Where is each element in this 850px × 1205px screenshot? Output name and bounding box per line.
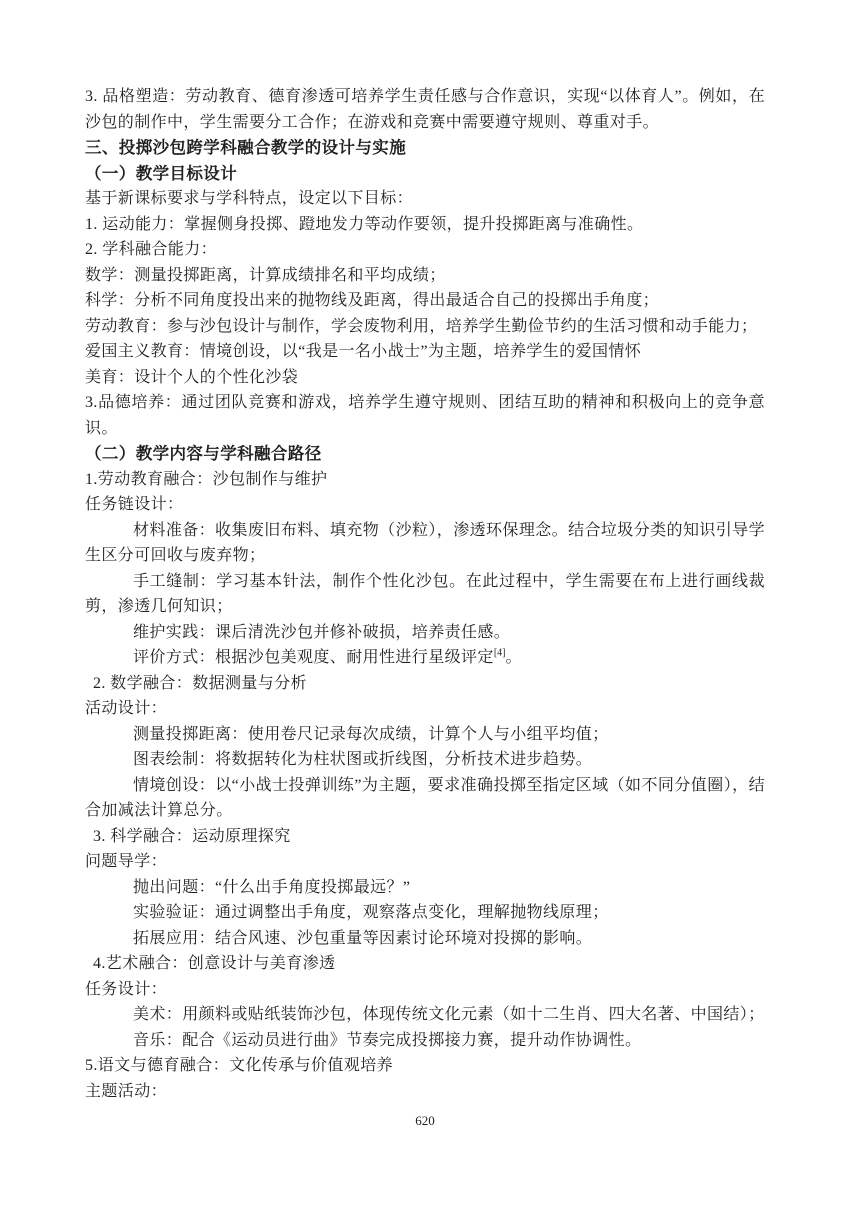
paragraph: 评价方式：根据沙包美观度、耐用性进行星级评定[4]。 (85, 645, 765, 671)
paragraph: 美术：用颜料或贴纸装饰沙包，体现传统文化元素（如十二生肖、四大名著、中国结）； (85, 1002, 765, 1028)
paragraph: 美育：设计个人的个性化沙袋 (85, 365, 765, 391)
paragraph: 测量投掷距离：使用卷尺记录每次成绩，计算个人与小组平均值； (85, 722, 765, 748)
paragraph: 主题活动： (85, 1079, 765, 1105)
paragraph: 问题导学： (85, 849, 765, 875)
paragraph: 科学：分析不同角度投出来的抛物线及距离，得出最适合自己的投掷出手角度； (85, 288, 765, 314)
subsection-heading: （一）教学目标设计 (85, 161, 765, 187)
paragraph: 2. 学科融合能力： (85, 237, 765, 263)
paragraph: 数学：测量投掷距离，计算成绩排名和平均成绩； (85, 263, 765, 289)
paragraph: 1.劳动教育融合：沙包制作与维护 (85, 467, 765, 493)
footnote-reference: [4] (494, 648, 506, 659)
paragraph: 维护实践：课后清洗沙包并修补破损，培养责任感。 (85, 620, 765, 646)
paragraph: 4.艺术融合：创意设计与美育渗透 (85, 951, 765, 977)
paragraph: 活动设计： (85, 696, 765, 722)
paragraph: 情境创设：以“小战士投弹训练”为主题，要求准确投掷至指定区域（如不同分值圈），结… (85, 773, 765, 824)
paragraph: 实验验证：通过调整出手角度，观察落点变化，理解抛物线原理； (85, 900, 765, 926)
paragraph: 3.品德培养：通过团队竞赛和游戏，培养学生遵守规则、团结互助的精神和积极向上的竞… (85, 390, 765, 441)
paragraph: 材料准备：收集废旧布料、填充物（沙粒），渗透环保理念。结合垃圾分类的知识引导学生… (85, 518, 765, 569)
paragraph: 拓展应用：结合风速、沙包重量等因素讨论环境对投掷的影响。 (85, 926, 765, 952)
paragraph: 劳动教育：参与沙包设计与制作，学会废物利用，培养学生勤俭节约的生活习惯和动手能力… (85, 314, 765, 340)
paragraph: 5.语文与德育融合：文化传承与价值观培养 (85, 1053, 765, 1079)
section-heading: 三、投掷沙包跨学科融合教学的设计与实施 (85, 135, 765, 161)
page-footer: 620 (0, 1113, 850, 1129)
page-number: 620 (415, 1113, 435, 1128)
subsection-heading: （二）教学内容与学科融合路径 (85, 441, 765, 467)
paragraph: 任务链设计： (85, 492, 765, 518)
document-content: 3. 品格塑造：劳动教育、德育渗透可培养学生责任感与合作意识，实现“以体育人”。… (85, 84, 765, 1104)
paragraph: 抛出问题：“什么出手角度投掷最远？” (85, 875, 765, 901)
paragraph: 音乐：配合《运动员进行曲》节奏完成投掷接力赛，提升动作协调性。 (85, 1028, 765, 1054)
document-page: 3. 品格塑造：劳动教育、德育渗透可培养学生责任感与合作意识，实现“以体育人”。… (0, 0, 850, 1205)
paragraph: 1. 运动能力：掌握侧身投掷、蹬地发力等动作要领，提升投掷距离与准确性。 (85, 212, 765, 238)
paragraph: 3. 科学融合：运动原理探究 (85, 824, 765, 850)
paragraph: 任务设计： (85, 977, 765, 1003)
paragraph: 基于新课标要求与学科特点，设定以下目标： (85, 186, 765, 212)
paragraph: 2. 数学融合：数据测量与分析 (85, 671, 765, 697)
paragraph: 手工缝制：学习基本针法，制作个性化沙包。在此过程中，学生需要在布上进行画线裁剪，… (85, 569, 765, 620)
paragraph: 3. 品格塑造：劳动教育、德育渗透可培养学生责任感与合作意识，实现“以体育人”。… (85, 84, 765, 135)
paragraph: 图表绘制：将数据转化为柱状图或折线图，分析技术进步趋势。 (85, 747, 765, 773)
paragraph: 爱国主义教育：情境创设，以“我是一名小战士”为主题，培养学生的爱国情怀 (85, 339, 765, 365)
